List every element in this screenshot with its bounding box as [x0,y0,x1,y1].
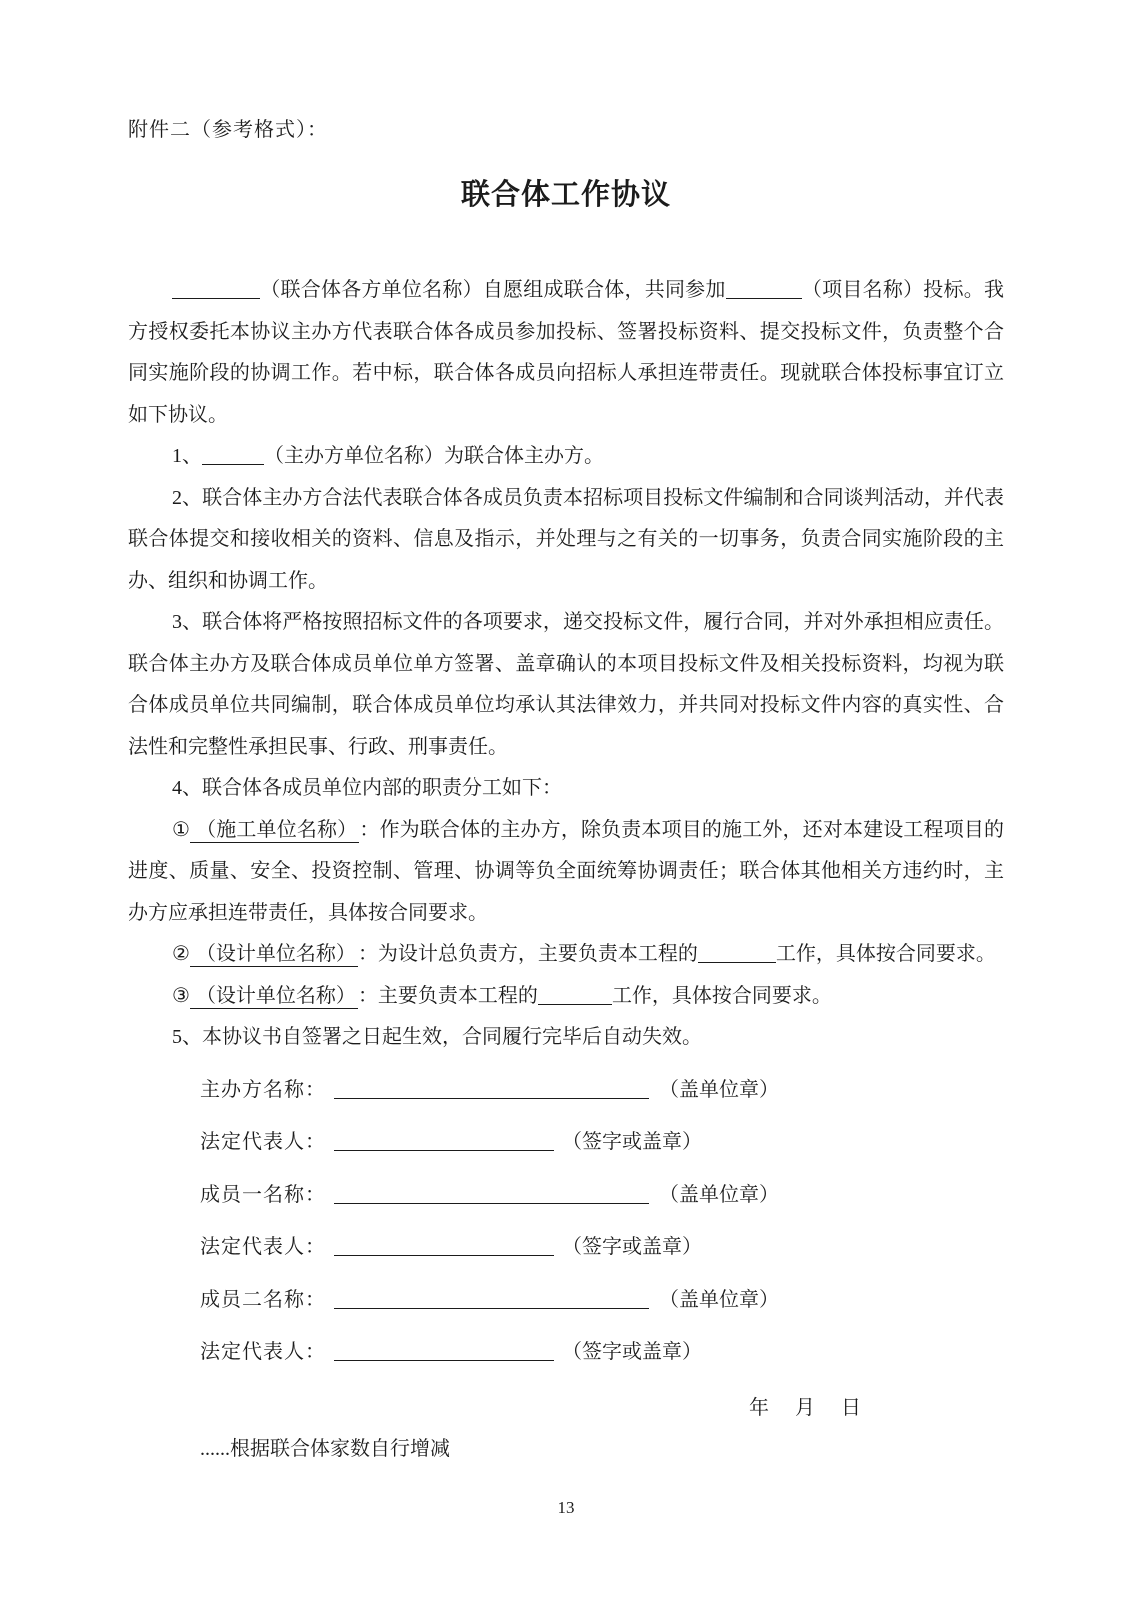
attachment-label: 附件二（参考格式）： [128,116,1004,144]
sub-item-3-text-after: 工作，具体按合同要求。 [612,985,832,1007]
intro-paragraph: （联合体各方单位名称）自愿组成联合体，共同参加（项目名称）投标。我方授权委托本协… [128,270,1004,436]
sub-item-2-text-before: ：为设计总负责方，主要负责本工程的 [358,943,698,965]
note-line: ......根据联合体家数自行增减 [128,1429,1004,1471]
signature-row-member2-representative: 法定代表人：（签字或盖章） [128,1332,1004,1374]
sub-item-3-marker: ③ [172,985,190,1007]
signature-label: 成员一名称： [200,1184,326,1206]
signature-block: 主办方名称：（盖单位章） 法定代表人：（签字或盖章） 成员一名称：（盖单位章） … [128,1070,1004,1374]
sub-item-1: ①（施工单位名称）：作为联合体的主办方，除负责本项目的施工外，还对本建设工程项目… [128,810,1004,935]
signature-blank-line [334,1289,649,1309]
signature-suffix: （盖单位章） [659,1184,779,1206]
sub-item-1-unit-name: （施工单位名称） [190,819,359,843]
clause-1-marker: 1、 [172,445,202,467]
fill-in-blank-work-scope-2 [698,943,776,963]
signature-label: 主办方名称： [200,1079,326,1101]
signature-suffix: （签字或盖章） [562,1236,702,1258]
signature-row-member1-name: 成员一名称：（盖单位章） [128,1175,1004,1217]
signature-label: 成员二名称： [200,1289,326,1311]
clause-1-text: （主办方单位名称）为联合体主办方。 [264,445,604,467]
intro-text-1: （联合体各方单位名称）自愿组成联合体，共同参加 [260,279,726,301]
signature-suffix: （签字或盖章） [562,1341,702,1363]
signature-row-lead-name: 主办方名称：（盖单位章） [128,1070,1004,1112]
signature-blank-line [334,1131,554,1151]
fill-in-blank-lead-party [202,445,264,465]
fill-in-blank-work-scope-3 [538,985,612,1005]
signature-row-member2-name: 成员二名称：（盖单位章） [128,1280,1004,1322]
signature-label: 法定代表人： [200,1341,326,1363]
clause-5: 5、本协议书自签署之日起生效，合同履行完毕后自动失效。 [128,1017,1004,1059]
page-number: 13 [128,1497,1004,1519]
document-content: 附件二（参考格式）： 联合体工作协议 （联合体各方单位名称）自愿组成联合体，共同… [0,0,1131,1519]
signature-row-lead-representative: 法定代表人：（签字或盖章） [128,1122,1004,1164]
signature-row-member1-representative: 法定代表人：（签字或盖章） [128,1227,1004,1269]
signature-blank-line [334,1236,554,1256]
signature-blank-line [334,1184,649,1204]
sub-item-3-unit-name: （设计单位名称） [190,985,358,1009]
sub-item-2-text-after: 工作，具体按合同要求。 [776,943,996,965]
signature-label: 法定代表人： [200,1236,326,1258]
sub-item-3: ③（设计单位名称）：主要负责本工程的工作，具体按合同要求。 [128,976,1004,1018]
clause-4: 4、联合体各成员单位内部的职责分工如下： [128,768,1004,810]
clause-1: 1、（主办方单位名称）为联合体主办方。 [128,436,1004,478]
document-body: （联合体各方单位名称）自愿组成联合体，共同参加（项目名称）投标。我方授权委托本协… [128,270,1004,1519]
sub-item-2-unit-name: （设计单位名称） [190,943,358,967]
sub-item-2: ②（设计单位名称）：为设计总负责方，主要负责本工程的工作，具体按合同要求。 [128,934,1004,976]
fill-in-blank-project-name [726,279,802,299]
date-line: 年 月 日 [128,1388,1004,1430]
document-title: 联合体工作协议 [128,178,1004,212]
fill-in-blank-consortium-names [172,279,260,299]
sub-item-3-text-before: ：主要负责本工程的 [358,985,538,1007]
clause-2: 2、联合体主办方合法代表联合体各成员负责本招标项目投标文件编制和合同谈判活动，并… [128,478,1004,603]
signature-label: 法定代表人： [200,1131,326,1153]
signature-suffix: （签字或盖章） [562,1131,702,1153]
sub-item-1-marker: ① [172,819,190,841]
signature-blank-line [334,1079,649,1099]
signature-suffix: （盖单位章） [659,1289,779,1311]
sub-item-2-marker: ② [172,943,190,965]
signature-blank-line [334,1341,554,1361]
signature-suffix: （盖单位章） [659,1079,779,1101]
document-page: 附件二（参考格式）： 联合体工作协议 （联合体各方单位名称）自愿组成联合体，共同… [0,0,1131,1600]
clause-3: 3、联合体将严格按照招标文件的各项要求，递交投标文件，履行合同，并对外承担相应责… [128,602,1004,768]
